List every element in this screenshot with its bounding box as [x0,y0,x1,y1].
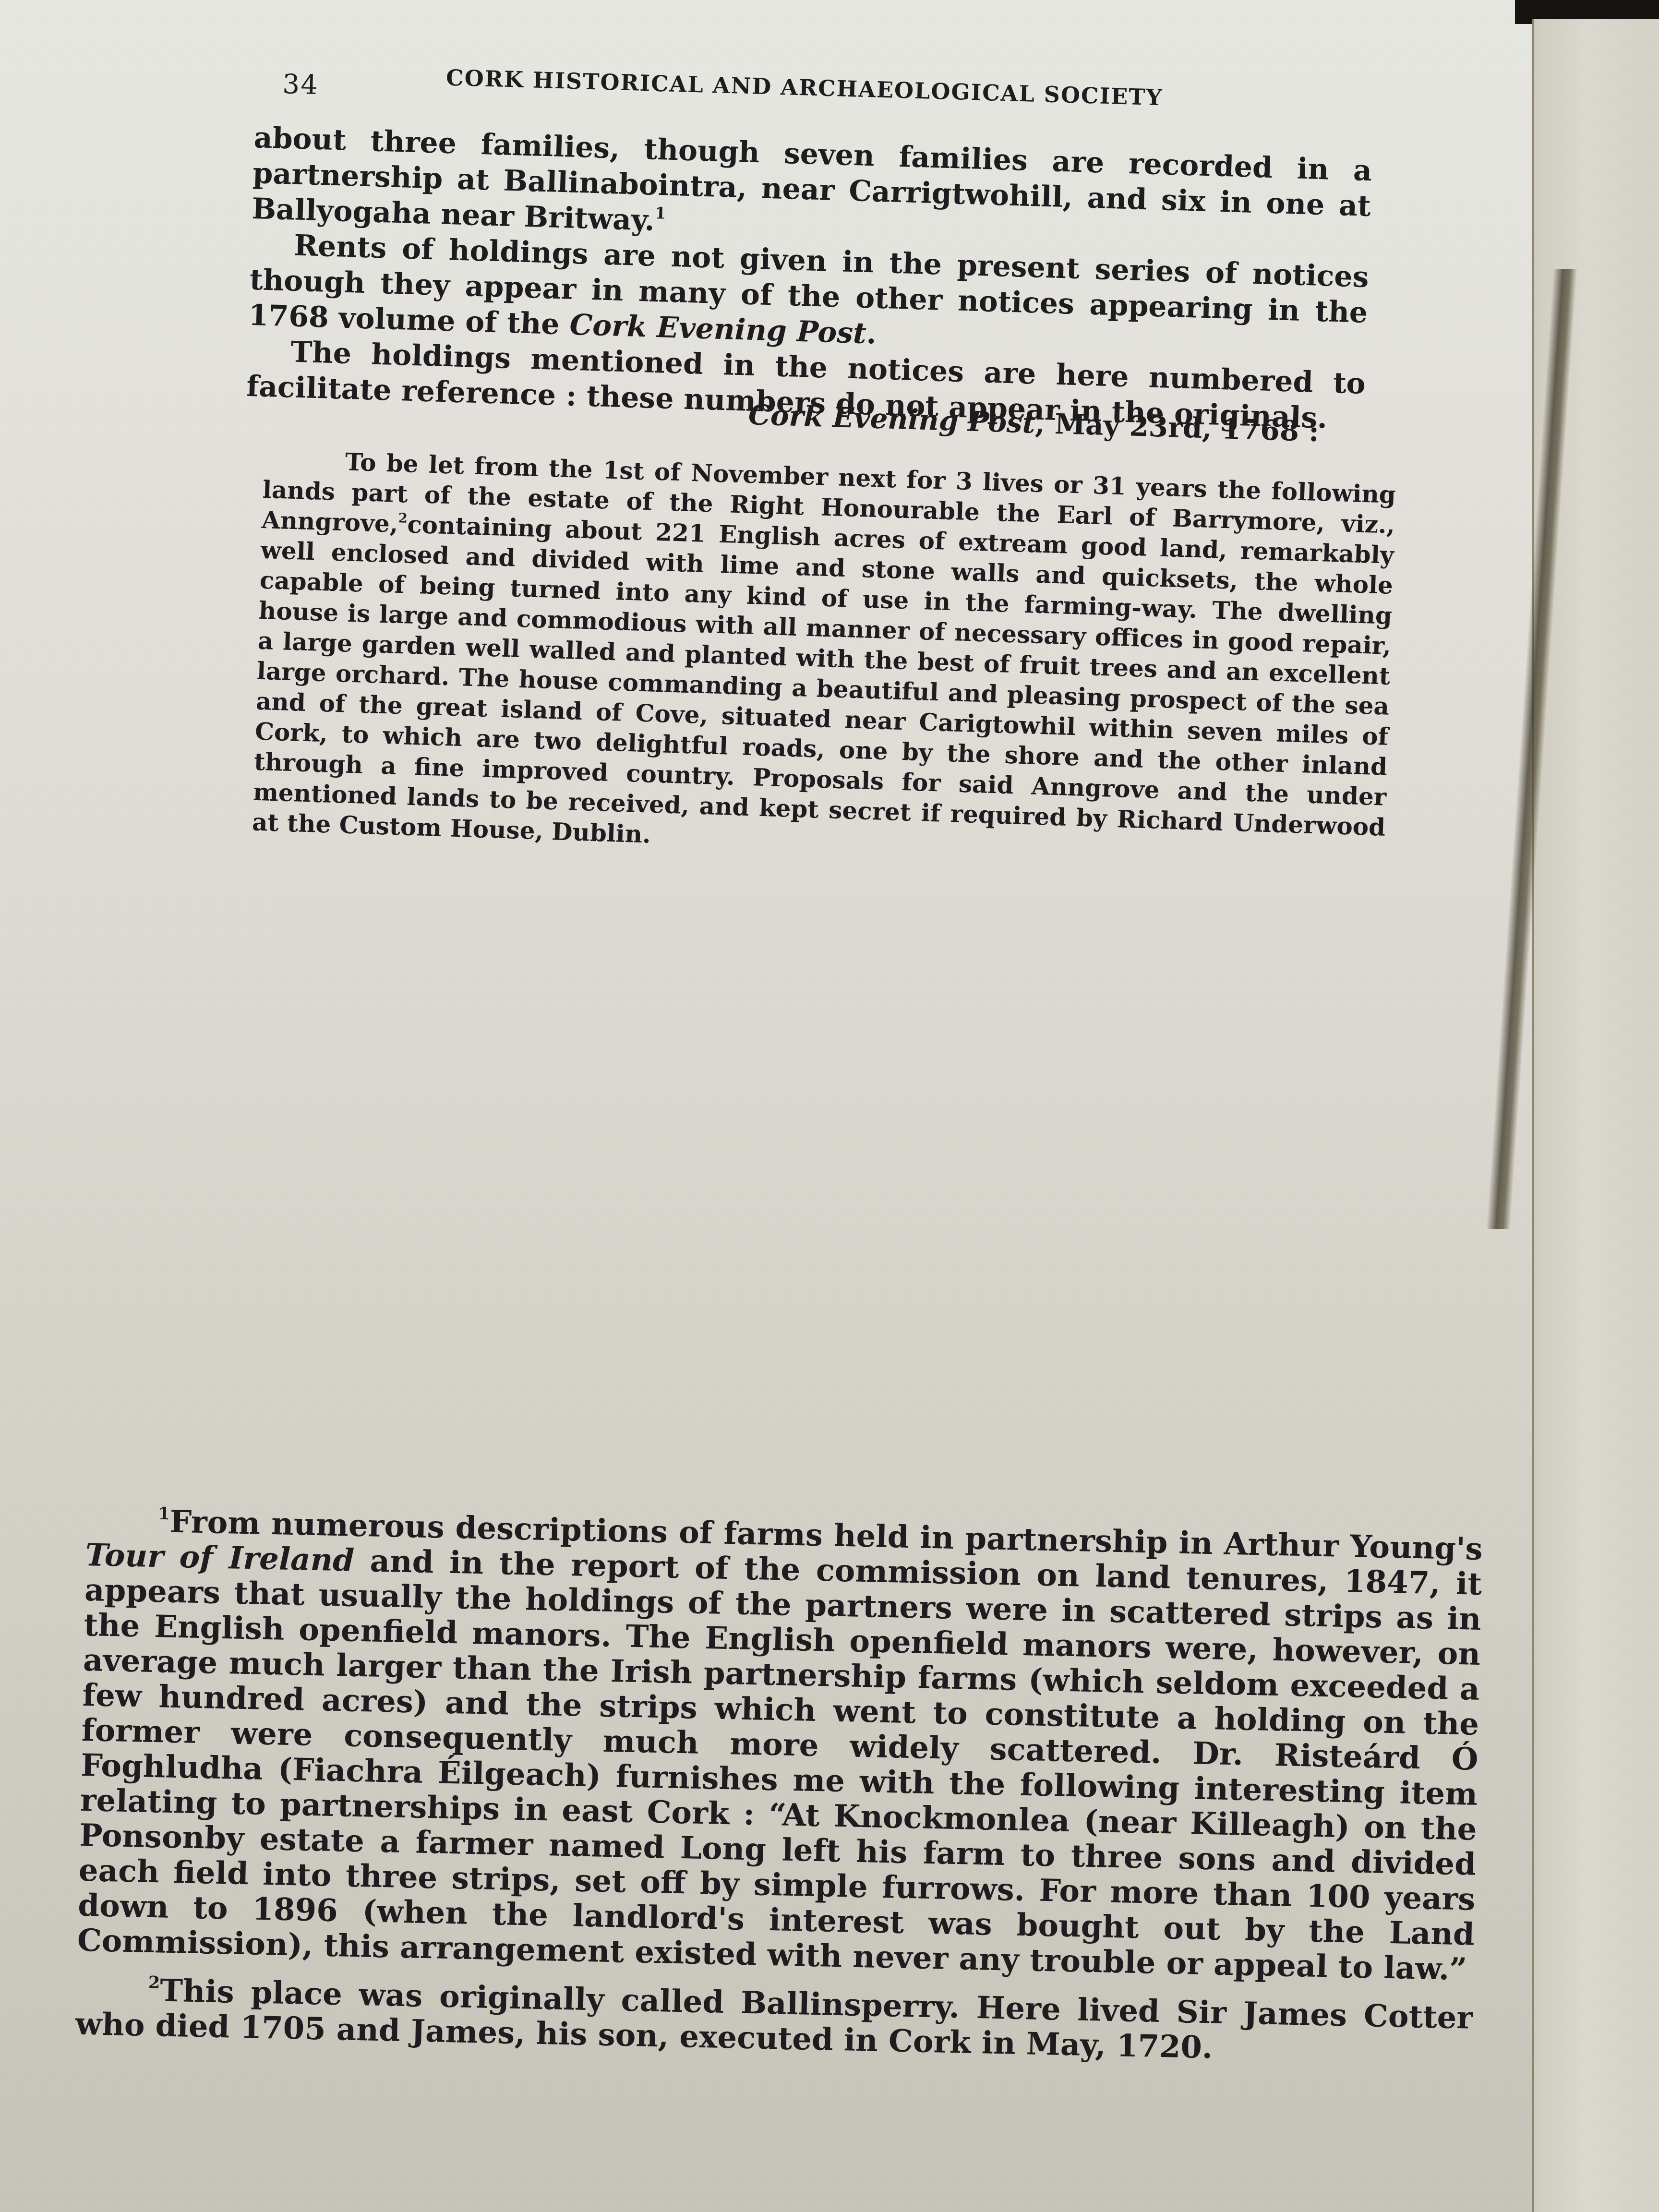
footnote-ref[interactable]: 2 [398,510,408,526]
notice-part: containing about 221 English acres of ex… [252,510,1394,848]
footnote-ref[interactable]: 1 [655,204,666,223]
notice-text: To be let from the 1st of November next … [252,444,1396,873]
footnote-marker: 1 [158,1504,170,1524]
running-title: CORK HISTORICAL AND ARCHAEOLOGICAL SOCIE… [445,64,1163,110]
paragraph-text: . [866,317,877,351]
paragraph-text: about three families, though seven famil… [251,121,1372,238]
footnote-marker: 2 [148,1973,160,1993]
book-page: 34 CORK HISTORICAL AND ARCHAEOLOGICAL SO… [0,0,1536,2212]
running-header: 34 CORK HISTORICAL AND ARCHAEOLOGICAL SO… [283,60,1339,89]
notice-paragraph: To be let from the 1st of November next … [252,444,1396,873]
body-text: about three families, though seven famil… [246,120,1372,437]
footnote: 1From numerous descriptions of farms hel… [77,1503,1483,1987]
book-title: Tour of Ireland [85,1537,355,1579]
footnotes: 1From numerous descriptions of farms hel… [75,1503,1483,2084]
page-number: 34 [282,69,319,101]
footnote-text: and in the report of the commission on l… [77,1543,1482,1988]
footnote-text: This place was originally called Ballins… [75,1972,1473,2066]
footnote: 2This place was originally called Ballin… [75,1972,1473,2071]
